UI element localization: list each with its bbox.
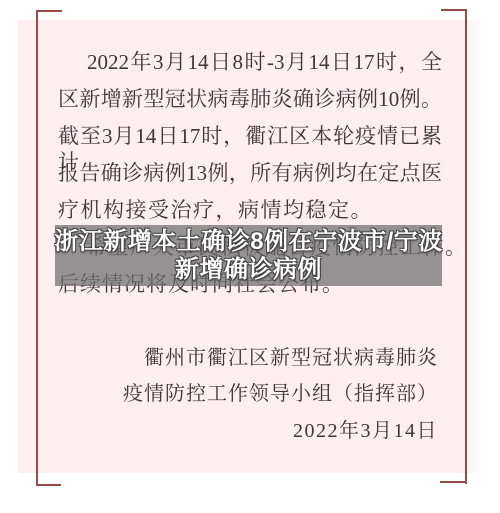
notice-page: 2022年3月14日8时-3月14日17时，全 区新增新型冠状病毒肺炎确诊病例1… xyxy=(0,0,500,513)
frame-corner-top-left xyxy=(36,10,62,12)
frame-corner-bottom-left xyxy=(36,484,61,486)
frame-corner-top-right xyxy=(441,9,467,11)
signature-org-line-1: 衢州市衢江区新型冠状病毒肺炎 xyxy=(58,345,438,371)
signature-date: 2022年3月14日 xyxy=(58,418,438,444)
body-line: 报告确诊病例13例，所有病例均在定点医 xyxy=(58,160,442,186)
body-line: 2022年3月14日8时-3月14日17时，全 xyxy=(58,49,442,75)
caption-line-2: 新增确诊病例 xyxy=(175,256,322,284)
body-line: 截至3月14日17时，衢江区本轮疫情已累计 xyxy=(58,123,442,149)
signature-org-line-2: 疫情防控工作领导小组（指挥部） xyxy=(58,381,438,407)
caption-line-1: 浙江新增本土确诊8例在宁波市/宁波 xyxy=(54,228,443,256)
caption-overlay: 浙江新增本土确诊8例在宁波市/宁波 新增确诊病例 xyxy=(55,225,442,286)
frame-corner-bottom-right xyxy=(440,481,467,483)
body-line: 区新增新型冠状病毒肺炎确诊病例10例。 xyxy=(58,86,442,112)
frame-left-line xyxy=(36,10,38,486)
body-line: 疗机构接受治疗，病情均稳定。 xyxy=(58,197,442,223)
